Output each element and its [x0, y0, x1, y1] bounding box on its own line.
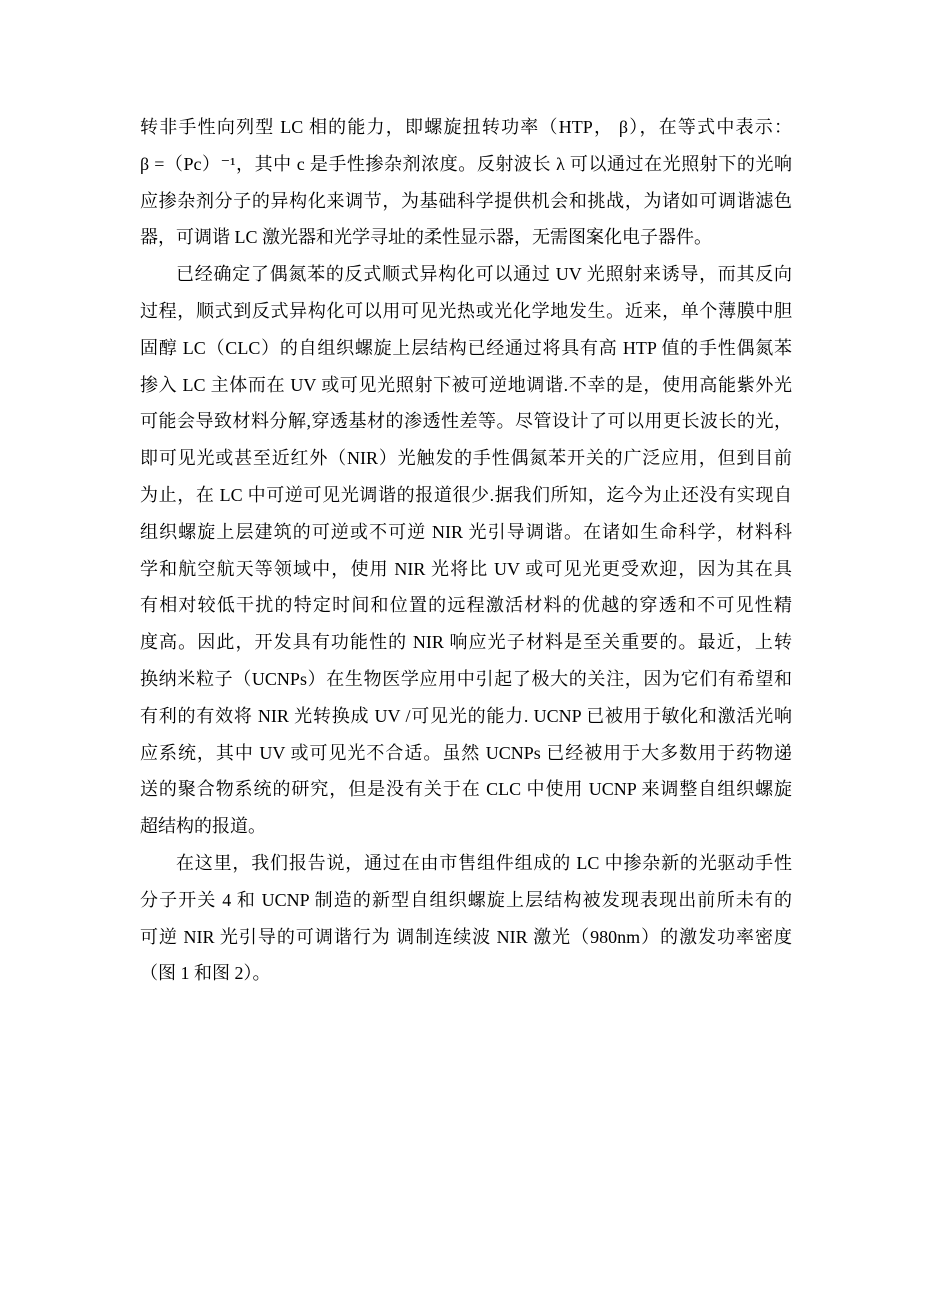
text-line: β =（Pc）⁻¹，其中 c 是手性掺杂剂浓度。反射波长 λ 可以通过在光照射下…	[140, 146, 792, 183]
text-line: 可能会导致材料分解,穿透基材的渗透性差等。尽管设计了可以用更长波长的光，	[140, 403, 792, 440]
text-line: 过程，顺式到反式异构化可以用可见光热或光化学地发生。近来，单个薄膜中胆	[140, 293, 792, 330]
text-line: 换纳米粒子（UCNPs）在生物医学应用中引起了极大的关注，因为它们有希望和	[140, 661, 792, 698]
text-line: （图 1 和图 2）。	[140, 955, 792, 992]
text-line: 送的聚合物系统的研究，但是没有关于在 CLC 中使用 UCNP 来调整自组织螺旋	[140, 771, 792, 808]
text-block: 转非手性向列型 LC 相的能力，即螺旋扭转功率（HTP， β），在等式中表示： …	[140, 109, 792, 992]
text-line: 在这里，我们报告说，通过在由市售组件组成的 LC 中掺杂新的光驱动手性	[140, 845, 792, 882]
text-line: 固醇 LC（CLC）的自组织螺旋上层结构已经通过将具有高 HTP 值的手性偶氮苯	[140, 330, 792, 367]
document-page: 转非手性向列型 LC 相的能力，即螺旋扭转功率（HTP， β），在等式中表示： …	[0, 0, 926, 1309]
text-line: 可逆 NIR 光引导的可调谐行为 调制连续波 NIR 激光（980nm）的激发功…	[140, 919, 792, 956]
paragraph: 转非手性向列型 LC 相的能力，即螺旋扭转功率（HTP， β），在等式中表示： …	[140, 109, 792, 256]
text-line: 器，可调谐 LC 激光器和光学寻址的柔性显示器，无需图案化电子器件。	[140, 219, 792, 256]
text-line: 为止，在 LC 中可逆可见光调谐的报道很少.据我们所知，迄今为止还没有实现自	[140, 477, 792, 514]
text-line: 分子开关 4 和 UCNP 制造的新型自组织螺旋上层结构被发现表现出前所未有的	[140, 882, 792, 919]
paragraph: 已经确定了偶氮苯的反式顺式异构化可以通过 UV 光照射来诱导，而其反向 过程，顺…	[140, 256, 792, 845]
paragraph: 在这里，我们报告说，通过在由市售组件组成的 LC 中掺杂新的光驱动手性 分子开关…	[140, 845, 792, 992]
text-line: 应掺杂剂分子的异构化来调节，为基础科学提供机会和挑战，为诸如可调谐滤色	[140, 183, 792, 220]
text-line: 度高。因此，开发具有功能性的 NIR 响应光子材料是至关重要的。最近，上转	[140, 624, 792, 661]
text-line: 转非手性向列型 LC 相的能力，即螺旋扭转功率（HTP， β），在等式中表示：	[140, 109, 792, 146]
text-line: 掺入 LC 主体而在 UV 或可见光照射下被可逆地调谐.不幸的是，使用高能紫外光	[140, 367, 792, 404]
text-line: 有利的有效将 NIR 光转换成 UV /可见光的能力. UCNP 已被用于敏化和…	[140, 698, 792, 735]
text-line: 应系统，其中 UV 或可见光不合适。虽然 UCNPs 已经被用于大多数用于药物递	[140, 735, 792, 772]
text-line: 组织螺旋上层建筑的可逆或不可逆 NIR 光引导调谐。在诸如生命科学，材料科	[140, 514, 792, 551]
text-line: 有相对较低干扰的特定时间和位置的远程激活材料的优越的穿透和不可见性精	[140, 587, 792, 624]
text-line: 超结构的报道。	[140, 808, 792, 845]
text-line: 已经确定了偶氮苯的反式顺式异构化可以通过 UV 光照射来诱导，而其反向	[140, 256, 792, 293]
text-line: 即可见光或甚至近红外（NIR）光触发的手性偶氮苯开关的广泛应用，但到目前	[140, 440, 792, 477]
text-line: 学和航空航天等领域中，使用 NIR 光将比 UV 或可见光更受欢迎，因为其在具	[140, 551, 792, 588]
